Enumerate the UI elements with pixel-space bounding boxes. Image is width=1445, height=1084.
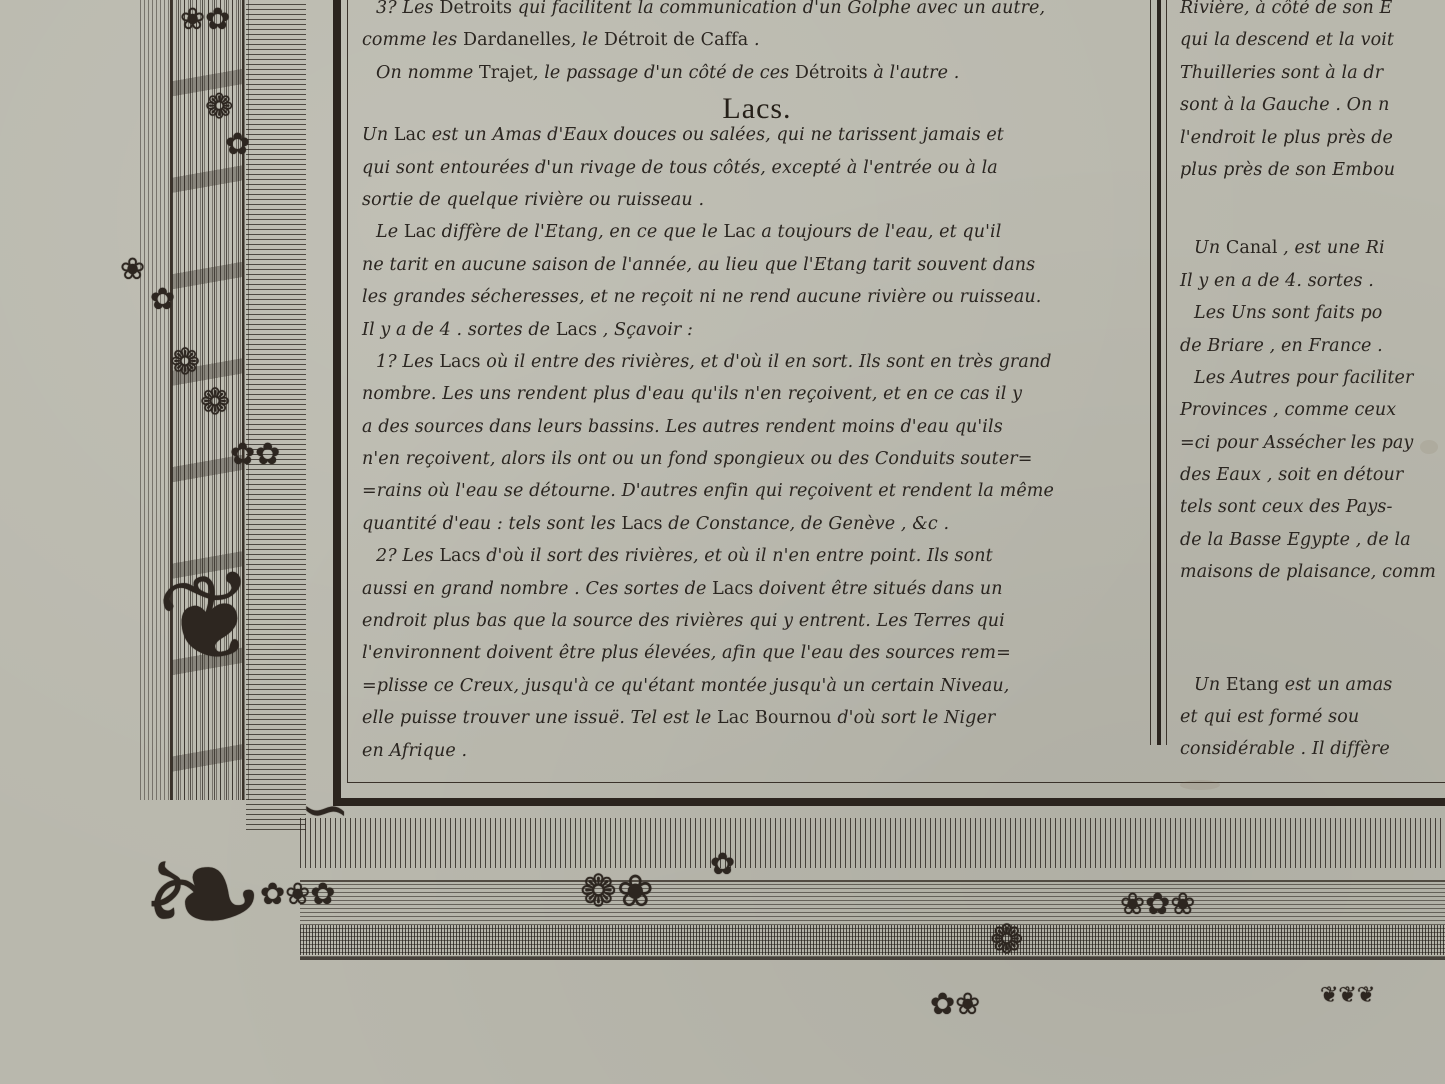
rivieres-section: Rivière, à côté de son Equi la descend e…: [1180, 0, 1445, 186]
leaf-sprig-icon: ❦❦❦: [1320, 985, 1375, 1007]
italic-text: ne tarit en aucune saison de l'année, au…: [362, 255, 1035, 275]
italic-text: , Sçavoir :: [597, 320, 693, 340]
italic-text: comme les: [362, 30, 463, 50]
text-line: sortie de quelque rivière ou ruisseau .: [362, 184, 1152, 216]
text-line: et qui est formé sou: [1180, 701, 1445, 733]
text-line: de Briare , en France .: [1180, 330, 1445, 362]
text-line: a des sources dans leurs bassins. Les au…: [362, 411, 1152, 443]
roman-keyword: Détroits: [795, 63, 868, 83]
text-line: Les Autres pour faciliter: [1180, 362, 1445, 394]
text-line: des Eaux , soit en détour: [1180, 459, 1445, 491]
flower-garland-icon: ❀✿❀: [1120, 890, 1195, 920]
italic-text: Il y en a de 4. sortes .: [1180, 271, 1374, 291]
roman-keyword: Trajet: [479, 63, 533, 83]
flower-sprig-icon: ✿: [710, 850, 735, 880]
text-line: considérable . Il diffère: [1180, 733, 1445, 765]
italic-text: Un: [362, 125, 394, 145]
italic-text: , est une Ri: [1278, 238, 1385, 258]
italic-text: diffère de l'Etang, en ce que le: [436, 222, 724, 242]
text-line: Un Etang est un amas: [1180, 669, 1445, 701]
acanthus-leaf-icon: ❦: [150, 552, 270, 688]
text-line: l'endroit le plus près de: [1180, 122, 1445, 154]
flower-icon: ✿: [225, 130, 250, 160]
roman-keyword: Lac: [724, 222, 756, 242]
italic-text: d'où sort le Niger: [832, 708, 996, 728]
text-line: quantité d'eau : tels sont les Lacs de C…: [362, 508, 1152, 540]
text-line: les grandes sécheresses, et ne reçoit ni…: [362, 281, 1152, 313]
italic-text: n'en reçoivent, alors ils ont ou un fond…: [362, 449, 1033, 469]
italic-text: plus près de son Embou: [1180, 160, 1395, 180]
text-line: Un Lac est un Amas d'Eaux douces ou salé…: [362, 119, 1152, 151]
detroits-section: 3? Les Detroits qui facilitent la commun…: [362, 0, 1152, 89]
flower-icon: ✿✿: [230, 440, 280, 470]
italic-text: Un: [1194, 675, 1226, 695]
rose-garland-icon: ❀✿: [180, 5, 230, 35]
italic-text: les grandes sécheresses, et ne reçoit ni…: [362, 287, 1041, 307]
text-line: =ci pour Assécher les pay: [1180, 427, 1445, 459]
roman-keyword: Lacs: [556, 320, 597, 340]
text-line: Le Lac diffère de l'Etang, en ce que le …: [362, 216, 1152, 248]
column-divider: [1166, 0, 1167, 745]
italic-text: l'endroit le plus près de: [1180, 128, 1393, 148]
foxing-spot: [1180, 780, 1220, 790]
italic-text: Rivière, à côté de son E: [1180, 0, 1392, 18]
text-line: Il y a de 4 . sortes de Lacs , Sçavoir :: [362, 314, 1152, 346]
italic-text: sortie de quelque rivière ou ruisseau .: [362, 190, 704, 210]
text-line: Provinces , comme ceux: [1180, 394, 1445, 426]
flower-garland-icon: ✿❀✿: [260, 880, 335, 910]
italic-text: aussi en grand nombre . Ces sortes de: [362, 579, 712, 599]
lacs-section: Un Lac est un Amas d'Eaux douces ou salé…: [362, 119, 1152, 767]
italic-text: qui la descend et la voit: [1180, 30, 1394, 50]
text-line: On nomme Trajet, le passage d'un côté de…: [362, 57, 1152, 89]
italic-text: doivent être situés dans un: [753, 579, 1002, 599]
italic-text: Thuilleries sont à la dr: [1180, 63, 1383, 83]
italic-text: .: [748, 30, 759, 50]
column-divider: [1157, 0, 1161, 745]
italic-text: Il y a de 4 . sortes de: [362, 320, 556, 340]
rose-icon: ❁: [200, 385, 230, 421]
italic-text: et qui est formé sou: [1180, 707, 1359, 727]
italic-text: elle puisse trouver une issuë. Tel est l…: [362, 708, 717, 728]
italic-text: Les Autres pour faciliter: [1194, 368, 1413, 388]
text-line: 1? Les Lacs où il entre des rivières, et…: [362, 346, 1152, 378]
italic-text: qui facilitent la communication d'un Gol…: [512, 0, 1045, 18]
italic-text: d'où il sort des rivières, et où il n'en…: [481, 546, 993, 566]
flower-cluster-icon: ❀: [120, 255, 145, 285]
text-line: 3? Les Detroits qui facilitent la commun…: [362, 0, 1152, 24]
text-line: de la Basse Egypte , de la: [1180, 524, 1445, 556]
italic-text: Le: [376, 222, 404, 242]
italic-text: 1? Les: [376, 352, 439, 372]
etangs-section: Un Etang est un amaset qui est formé sou…: [1180, 669, 1445, 766]
rocaille-shell-scroll-icon: ❧: [140, 820, 266, 970]
italic-text: est un amas: [1279, 675, 1392, 695]
italic-text: tels sont ceux des Pays-: [1180, 497, 1392, 517]
roman-keyword: Lac Bournou: [717, 708, 832, 728]
rose-garland-icon: ❁❀: [580, 870, 654, 914]
roman-keyword: Lacs: [621, 514, 662, 534]
text-line: Un Canal , est une Ri: [1180, 232, 1445, 264]
italic-text: =ci pour Assécher les pay: [1180, 433, 1413, 453]
text-line: maisons de plaisance, comm: [1180, 556, 1445, 588]
section-heading-lacs: Lacs.: [362, 91, 1152, 119]
italic-text: a des sources dans leurs bassins. Les au…: [362, 417, 1003, 437]
italic-text: maisons de plaisance, comm: [1180, 562, 1436, 582]
rose-icon: ❁: [170, 345, 200, 381]
italic-text: =rains où l'eau se détourne. D'autres en…: [362, 481, 1054, 501]
italic-text: en Afrique .: [362, 741, 467, 761]
italic-text: sont à la Gauche . On n: [1180, 95, 1390, 115]
italic-text: à l'autre .: [868, 63, 960, 83]
main-text-column: 3? Les Detroits qui facilitent la commun…: [362, 0, 1152, 767]
italic-text: des Eaux , soit en détour: [1180, 465, 1403, 485]
text-line: comme les Dardanelles, le Détroit de Caf…: [362, 24, 1152, 56]
text-line: endroit plus bas que la source des riviè…: [362, 605, 1152, 637]
italic-text: de la Basse Egypte , de la: [1180, 530, 1411, 550]
text-line: qui sont entourées d'un rivage de tous c…: [362, 152, 1152, 184]
italic-text: est un Amas d'Eaux douces ou salées, qui…: [426, 125, 1004, 145]
right-text-column: Rivière, à côté de son Equi la descend e…: [1180, 0, 1445, 766]
italic-text: On nomme: [376, 63, 479, 83]
roman-keyword: Detroits: [439, 0, 512, 18]
left-frame-hatching: [246, 0, 306, 830]
italic-text: endroit plus bas que la source des riviè…: [362, 611, 1005, 631]
italic-text: de Briare , en France .: [1180, 336, 1383, 356]
italic-text: 2? Les: [376, 546, 439, 566]
italic-text: de Constance, de Genève , &c .: [663, 514, 950, 534]
italic-text: nombre. Les uns rendent plus d'eau qu'il…: [362, 384, 1022, 404]
text-line: Thuilleries sont à la dr: [1180, 57, 1445, 89]
italic-text: , le: [571, 30, 604, 50]
text-line: l'environnent doivent être plus élevées,…: [362, 637, 1152, 669]
text-line: elle puisse trouver une issuë. Tel est l…: [362, 702, 1152, 734]
italic-text: Un: [1194, 238, 1226, 258]
text-line: Il y en a de 4. sortes .: [1180, 265, 1445, 297]
text-line: tels sont ceux des Pays-: [1180, 491, 1445, 523]
text-line: ne tarit en aucune saison de l'année, au…: [362, 249, 1152, 281]
roman-keyword: Lacs: [439, 546, 480, 566]
roman-keyword: Etang: [1226, 675, 1279, 695]
roman-keyword: Lac: [394, 125, 426, 145]
text-line: qui la descend et la voit: [1180, 24, 1445, 56]
roman-keyword: Détroit de Caffa: [604, 30, 748, 50]
roman-keyword: Lacs: [712, 579, 753, 599]
roman-keyword: Dardanelles: [463, 30, 571, 50]
bottom-molding-shade: [300, 925, 1445, 955]
flower-icon: ✿: [150, 285, 175, 315]
text-line: 2? Les Lacs d'où il sort des rivières, e…: [362, 540, 1152, 572]
text-line: n'en reçoivent, alors ils ont ou un fond…: [362, 443, 1152, 475]
text-line: =plisse ce Creux, jusqu'à ce qu'étant mo…: [362, 670, 1152, 702]
italic-text: =plisse ce Creux, jusqu'à ce qu'étant mo…: [362, 676, 1009, 696]
italic-text: considérable . Il diffère: [1180, 739, 1390, 759]
italic-text: où il entre des rivières, et d'où il en …: [481, 352, 1052, 372]
roman-keyword: Lacs: [439, 352, 480, 372]
text-line: en Afrique .: [362, 735, 1152, 767]
italic-text: a toujours de l'eau, et qu'il: [756, 222, 1002, 242]
italic-text: quantité d'eau : tels sont les: [362, 514, 621, 534]
italic-text: l'environnent doivent être plus élevées,…: [362, 643, 1011, 663]
text-line: =rains où l'eau se détourne. D'autres en…: [362, 475, 1152, 507]
bottom-frame-hatching: [300, 818, 1445, 868]
text-line: Les Uns sont faits po: [1180, 297, 1445, 329]
italic-text: qui sont entourées d'un rivage de tous c…: [362, 158, 998, 178]
text-line: nombre. Les uns rendent plus d'eau qu'il…: [362, 378, 1152, 410]
roman-keyword: Lac: [404, 222, 436, 242]
text-line: aussi en grand nombre . Ces sortes de La…: [362, 573, 1152, 605]
text-line: sont à la Gauche . On n: [1180, 89, 1445, 121]
italic-text: , le passage d'un côté de ces: [533, 63, 795, 83]
flower-sprig-icon: ✿❀: [930, 990, 980, 1020]
italic-text: Provinces , comme ceux: [1180, 400, 1396, 420]
text-line: Rivière, à côté de son E: [1180, 0, 1445, 24]
rose-icon: ❁: [990, 920, 1024, 960]
rose-icon: ❁: [205, 90, 234, 124]
italic-text: Les Uns sont faits po: [1194, 303, 1382, 323]
canaux-section: Un Canal , est une RiIl y en a de 4. sor…: [1180, 232, 1445, 588]
roman-keyword: Canal: [1226, 238, 1278, 258]
text-line: plus près de son Embou: [1180, 154, 1445, 186]
italic-text: 3? Les: [376, 0, 439, 18]
